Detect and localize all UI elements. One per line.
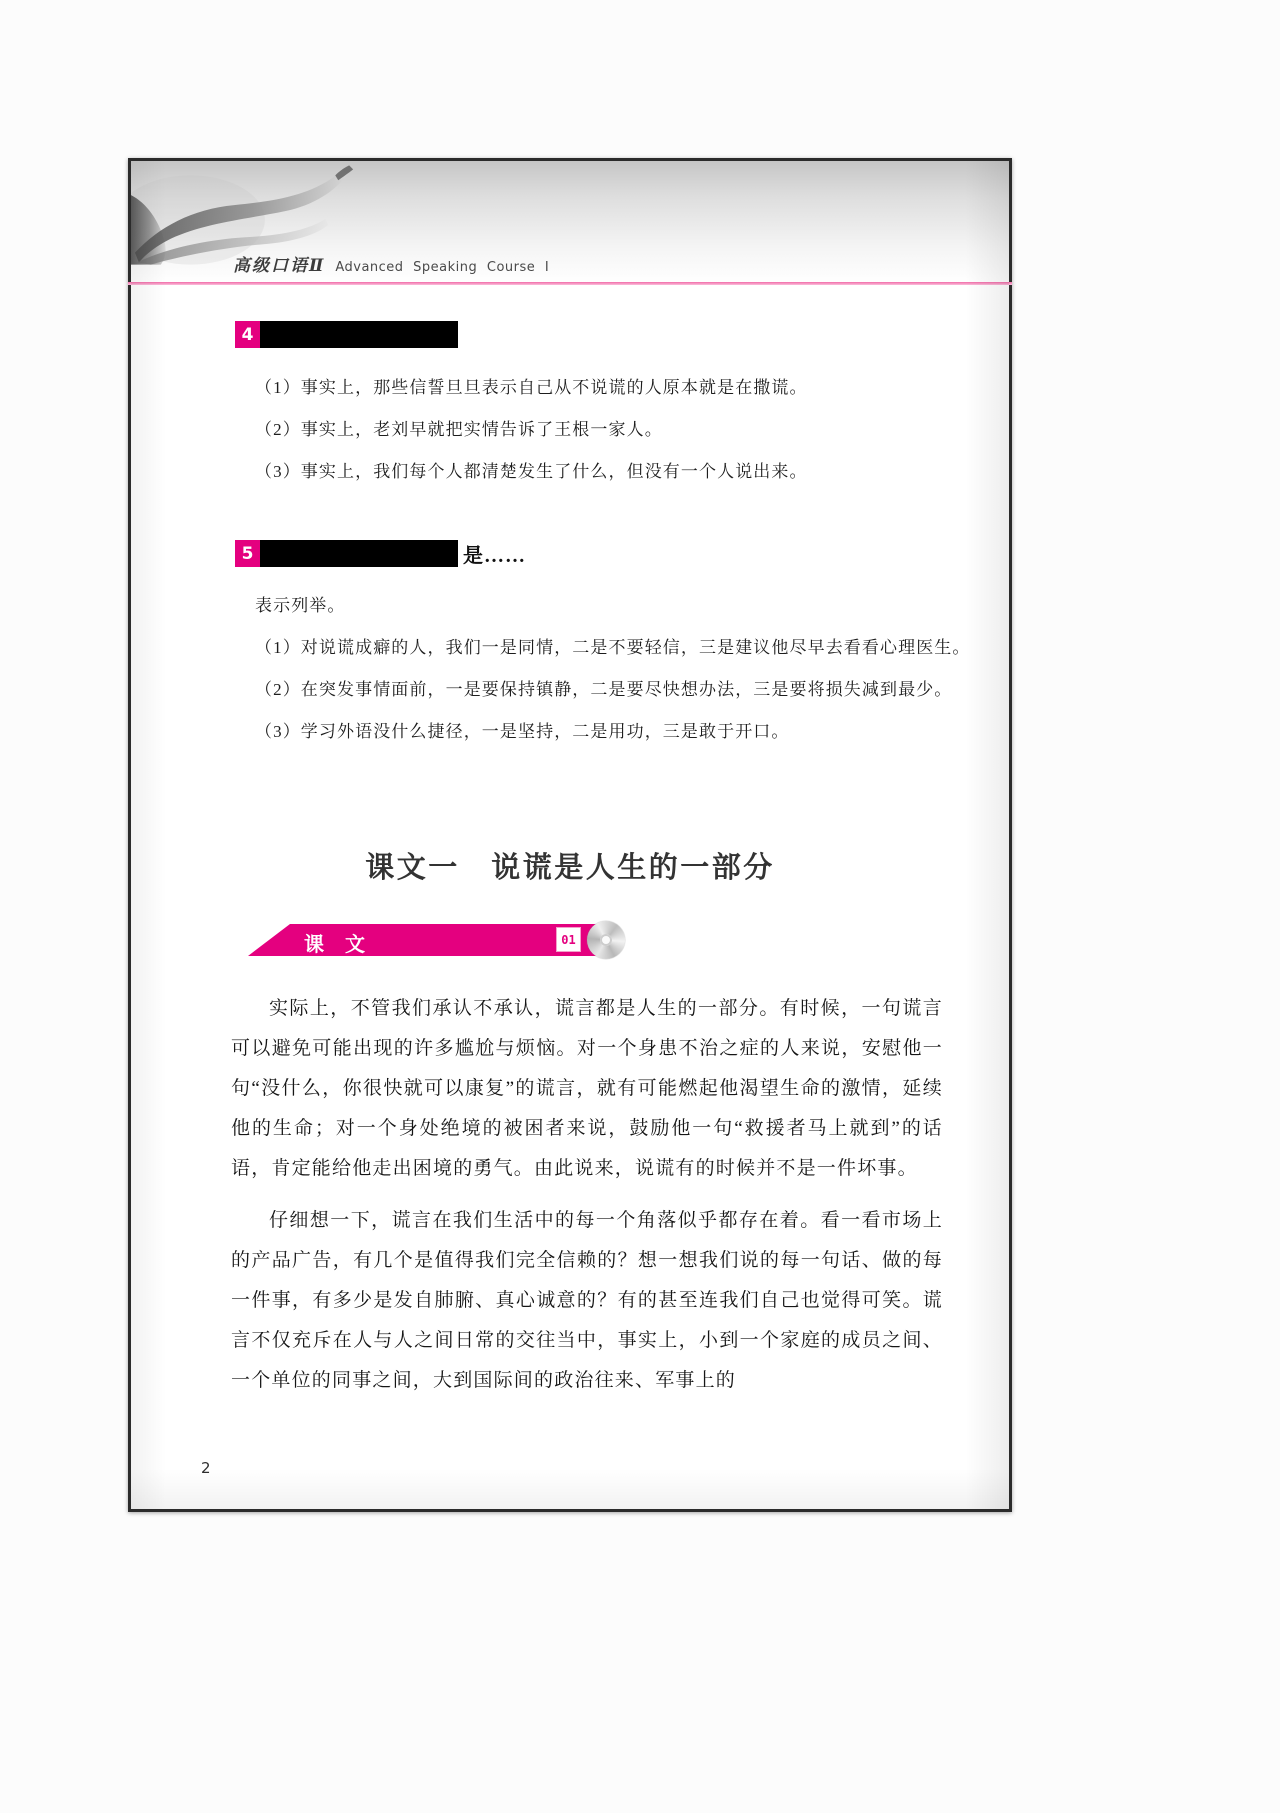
section-5-heading: 5 是…… <box>235 539 526 568</box>
screenshot-canvas: 高级口语ⅡAdvanced Speaking Course Ⅰ 4 （1）事实上… <box>0 0 1280 1813</box>
banner-background <box>248 924 608 956</box>
usage-note: 表示列举。 <box>255 591 346 616</box>
book-page: 高级口语ⅡAdvanced Speaking Course Ⅰ 4 （1）事实上… <box>128 158 1012 1512</box>
section-4-examples: （1）事实上，那些信誓旦旦表示自己从不说谎的人原本就是在撒谎。 （2）事实上，老… <box>255 377 808 503</box>
header-divider <box>128 282 1012 285</box>
roof-eave-image <box>131 165 369 265</box>
lesson-title: 课文一 说谎是人生的一部分 <box>131 845 1009 886</box>
page-header: 高级口语ⅡAdvanced Speaking Course Ⅰ <box>131 161 1009 283</box>
section-number-badge: 5 <box>235 540 260 567</box>
example-item: （3）学习外语没什么捷径，一是坚持，二是用功，三是敢于开口。 <box>255 721 971 743</box>
book-title-chinese: 高级口语Ⅱ <box>233 256 325 276</box>
example-item: （2）事实上，老刘早就把实情告诉了王根一家人。 <box>255 419 808 441</box>
body-paragraph: 仔细想一下，谎言在我们生活中的每一个角落似乎都存在着。看一看市场上的产品广告，有… <box>231 1201 943 1401</box>
example-item: （2）在突发事情面前，一是要保持镇静，二是要尽快想办法，三是要将损失减到最少。 <box>255 679 971 701</box>
lesson-text: 实际上，不管我们承认不承认，谎言都是人生的一部分。有时候，一句谎言可以避免可能出… <box>231 989 943 1401</box>
body-paragraph: 实际上，不管我们承认不承认，谎言都是人生的一部分。有时候，一句谎言可以避免可能出… <box>231 989 943 1189</box>
section-5-examples: （1）对说谎成癖的人，我们一是同情，二是不要轻信，三是建议他尽早去看看心理医生。… <box>255 637 971 763</box>
lesson-banner: 01 课 文 <box>248 924 608 956</box>
redaction-bar <box>260 540 458 567</box>
heading-suffix-text: 是…… <box>463 539 526 568</box>
book-title-english: Advanced Speaking Course Ⅰ <box>335 260 549 275</box>
example-item: （1）对说谎成癖的人，我们一是同情，二是不要轻信，三是建议他尽早去看看心理医生。 <box>255 637 971 659</box>
section-4-heading: 4 <box>235 321 458 348</box>
book-title: 高级口语ⅡAdvanced Speaking Course Ⅰ <box>233 251 549 276</box>
cd-disc-icon <box>587 921 625 959</box>
redaction-bar <box>260 321 458 348</box>
banner-label: 课 文 <box>304 928 372 957</box>
example-item: （3）事实上，我们每个人都清楚发生了什么，但没有一个人说出来。 <box>255 461 808 483</box>
section-number-badge: 4 <box>235 321 260 348</box>
example-item: （1）事实上，那些信誓旦旦表示自己从不说谎的人原本就是在撒谎。 <box>255 377 808 399</box>
page-number: 2 <box>201 1459 211 1477</box>
audio-track-number: 01 <box>557 928 580 951</box>
